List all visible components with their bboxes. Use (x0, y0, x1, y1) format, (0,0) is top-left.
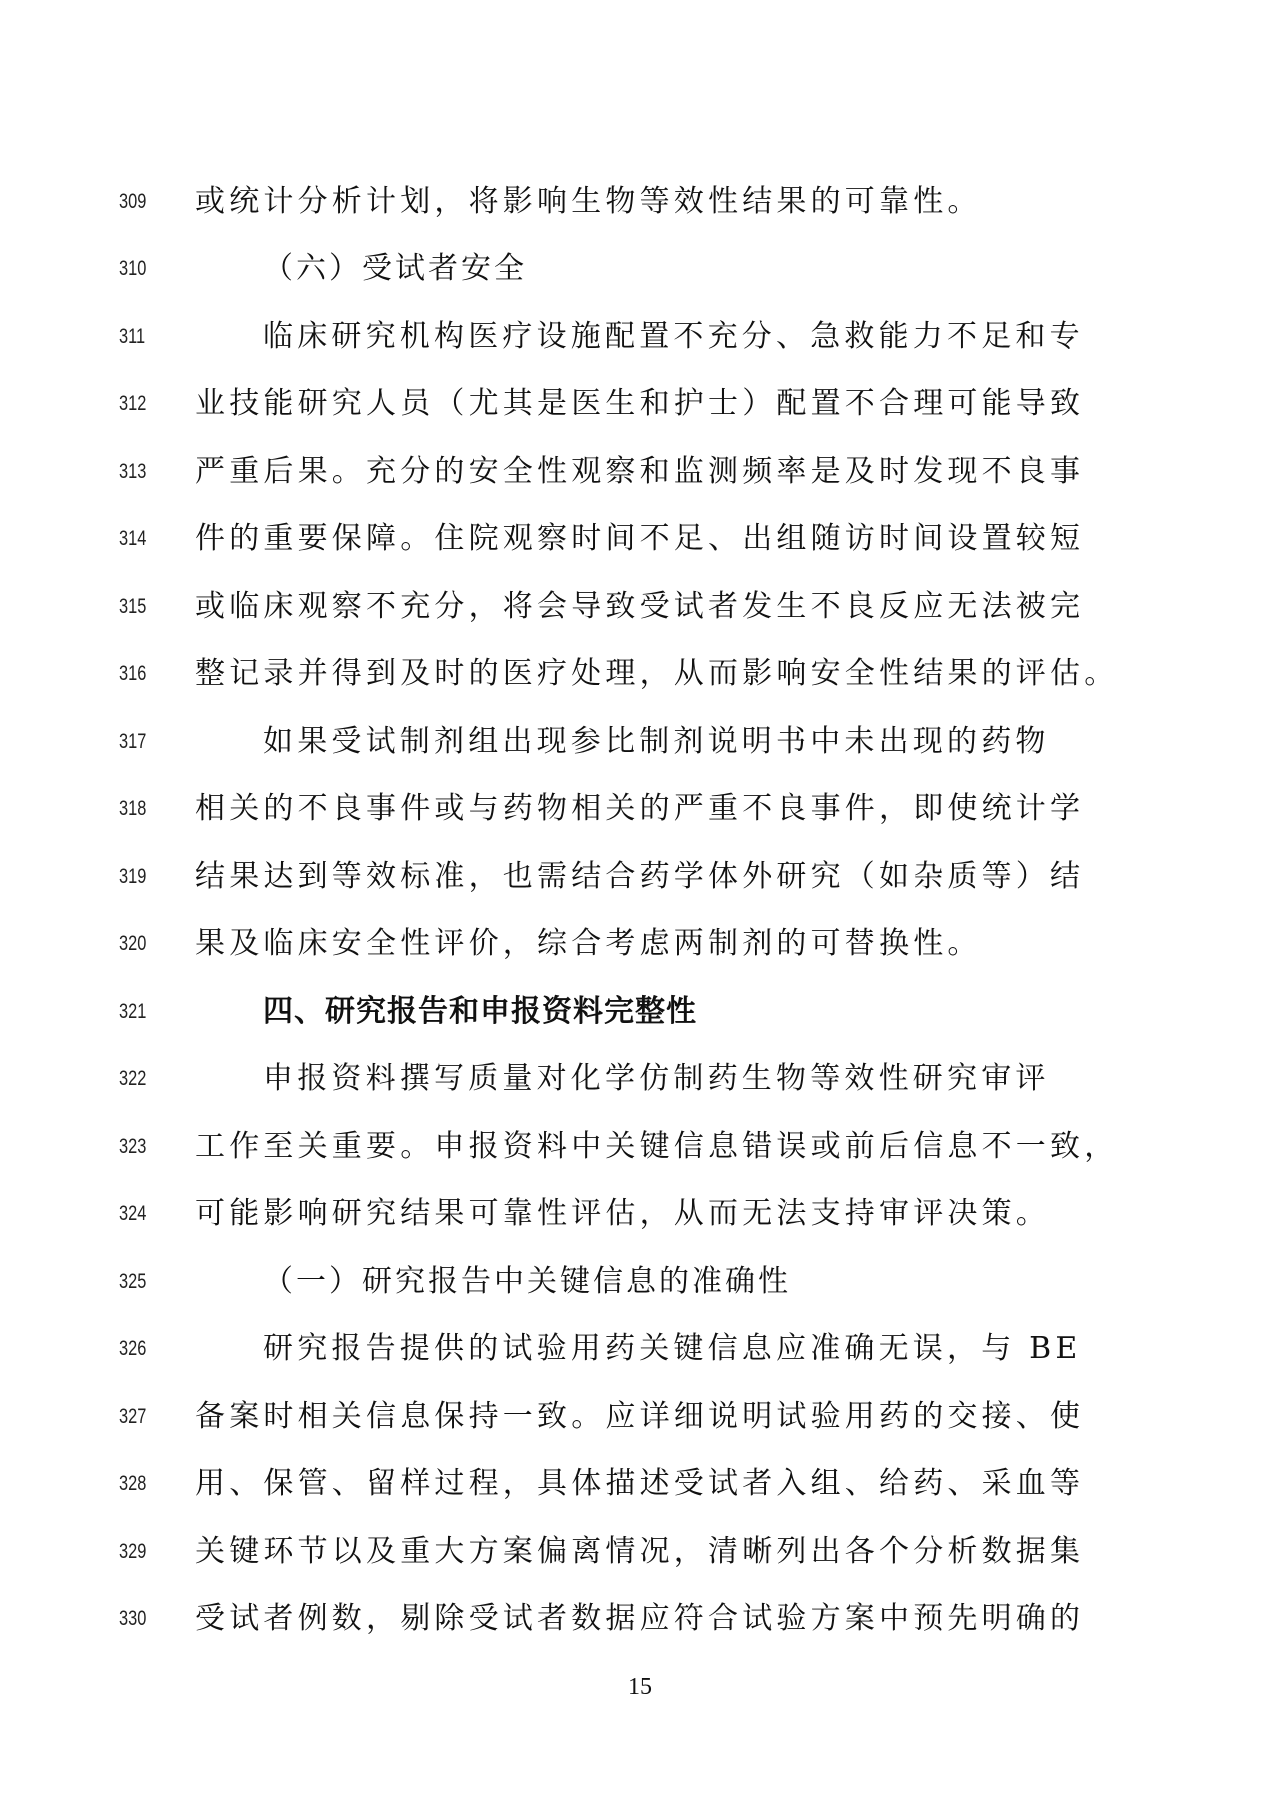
line-number: 323 (119, 1135, 146, 1159)
document-line: 315 或临床观察不充分，将会导致受试者发生不良反应无法被完 (0, 577, 1280, 644)
line-text: 可能影响研究结果可靠性评估，从而无法支持审评决策。 (195, 1194, 1050, 1234)
document-line: 319 结果达到等效标准，也需结合药学体外研究（如杂质等）结 (0, 847, 1280, 914)
document-line: 324 可能影响研究结果可靠性评估，从而无法支持审评决策。 (0, 1184, 1280, 1251)
line-text: 关键环节以及重大方案偏离情况，清晰列出各个分析数据集 (195, 1532, 1084, 1572)
section-heading-line: 310 （六）受试者安全 (0, 239, 1280, 306)
line-number: 309 (119, 190, 146, 214)
line-number: 316 (119, 662, 146, 686)
line-number: 322 (119, 1067, 146, 1091)
line-text: 果及临床安全性评价，综合考虑两制剂的可替换性。 (195, 924, 982, 964)
line-text: 备案时相关信息保持一致。应详细说明试验用药的交接、使 (195, 1397, 1084, 1437)
document-page: 309 或统计分析计划，将影响生物等效性结果的可靠性。 310 （六）受试者安全… (0, 0, 1280, 1810)
line-text: 件的重要保障。住院观察时间不足、出组随访时间设置较短 (195, 519, 1084, 559)
line-text: 业技能研究人员（尤其是医生和护士）配置不合理可能导致 (195, 384, 1084, 424)
document-line: 323 工作至关重要。申报资料中关键信息错误或前后信息不一致， (0, 1117, 1280, 1184)
document-line: 316 整记录并得到及时的医疗处理，从而影响安全性结果的评估。 (0, 644, 1280, 711)
line-number: 311 (119, 325, 145, 349)
section-heading-line: 321 四、研究报告和申报资料完整性 (0, 982, 1280, 1049)
line-number: 330 (119, 1607, 146, 1631)
line-number: 328 (119, 1472, 146, 1496)
document-line: 322 申报资料撰写质量对化学仿制药生物等效性研究审评 (0, 1049, 1280, 1116)
line-number: 318 (119, 797, 146, 821)
line-number: 314 (119, 527, 146, 551)
line-number: 315 (119, 595, 146, 619)
line-text: 工作至关重要。申报资料中关键信息错误或前后信息不一致， (195, 1127, 1118, 1167)
line-text: 或统计分析计划，将影响生物等效性结果的可靠性。 (195, 182, 982, 222)
line-text: 申报资料撰写质量对化学仿制药生物等效性研究审评 (263, 1059, 1050, 1099)
line-text: 整记录并得到及时的医疗处理，从而影响安全性结果的评估。 (195, 654, 1118, 694)
line-text: 如果受试制剂组出现参比制剂说明书中未出现的药物 (263, 722, 1050, 762)
section-heading: 四、研究报告和申报资料完整性 (263, 992, 697, 1032)
line-number: 324 (119, 1202, 146, 1226)
subsection-heading: （六）受试者安全 (263, 249, 527, 289)
line-number: 319 (119, 865, 146, 889)
document-line: 311 临床研究机构医疗设施配置不充分、急救能力不足和专 (0, 307, 1280, 374)
line-number: 321 (119, 1000, 146, 1024)
document-line: 312 业技能研究人员（尤其是医生和护士）配置不合理可能导致 (0, 374, 1280, 441)
line-number: 326 (119, 1337, 146, 1361)
subsection-heading: （一）研究报告中关键信息的准确性 (263, 1262, 791, 1302)
document-line: 326 研究报告提供的试验用药关键信息应准确无误，与 BE (0, 1319, 1280, 1386)
line-number: 325 (119, 1270, 146, 1294)
line-text: 研究报告提供的试验用药关键信息应准确无误，与 BE (263, 1329, 1081, 1369)
line-text: 受试者例数，剔除受试者数据应符合试验方案中预先明确的 (195, 1599, 1084, 1639)
line-number: 312 (119, 392, 146, 416)
line-number: 327 (119, 1405, 146, 1429)
line-text: 临床研究机构医疗设施配置不充分、急救能力不足和专 (263, 317, 1084, 357)
document-line: 328 用、保管、留样过程，具体描述受试者入组、给药、采血等 (0, 1454, 1280, 1521)
document-line: 313 严重后果。充分的安全性观察和监测频率是及时发现不良事 (0, 442, 1280, 509)
document-line: 329 关键环节以及重大方案偏离情况，清晰列出各个分析数据集 (0, 1522, 1280, 1589)
page-number: 15 (0, 1674, 1280, 1701)
section-heading-line: 325 （一）研究报告中关键信息的准确性 (0, 1252, 1280, 1319)
line-text: 严重后果。充分的安全性观察和监测频率是及时发现不良事 (195, 452, 1084, 492)
line-text: 相关的不良事件或与药物相关的严重不良事件，即使统计学 (195, 789, 1084, 829)
document-line: 317 如果受试制剂组出现参比制剂说明书中未出现的药物 (0, 712, 1280, 779)
line-number: 329 (119, 1540, 146, 1564)
line-text: 结果达到等效标准，也需结合药学体外研究（如杂质等）结 (195, 857, 1084, 897)
document-line: 327 备案时相关信息保持一致。应详细说明试验用药的交接、使 (0, 1387, 1280, 1454)
line-number: 320 (119, 932, 146, 956)
line-number: 310 (119, 257, 146, 281)
document-line: 309 或统计分析计划，将影响生物等效性结果的可靠性。 (0, 172, 1280, 239)
line-number: 313 (119, 460, 146, 484)
document-line: 314 件的重要保障。住院观察时间不足、出组随访时间设置较短 (0, 509, 1280, 576)
document-line: 318 相关的不良事件或与药物相关的严重不良事件，即使统计学 (0, 779, 1280, 846)
line-number: 317 (119, 730, 146, 754)
line-text: 或临床观察不充分，将会导致受试者发生不良反应无法被完 (195, 587, 1084, 627)
line-text: 用、保管、留样过程，具体描述受试者入组、给药、采血等 (195, 1464, 1084, 1504)
document-line: 320 果及临床安全性评价，综合考虑两制剂的可替换性。 (0, 914, 1280, 981)
document-line: 330 受试者例数，剔除受试者数据应符合试验方案中预先明确的 (0, 1589, 1280, 1656)
